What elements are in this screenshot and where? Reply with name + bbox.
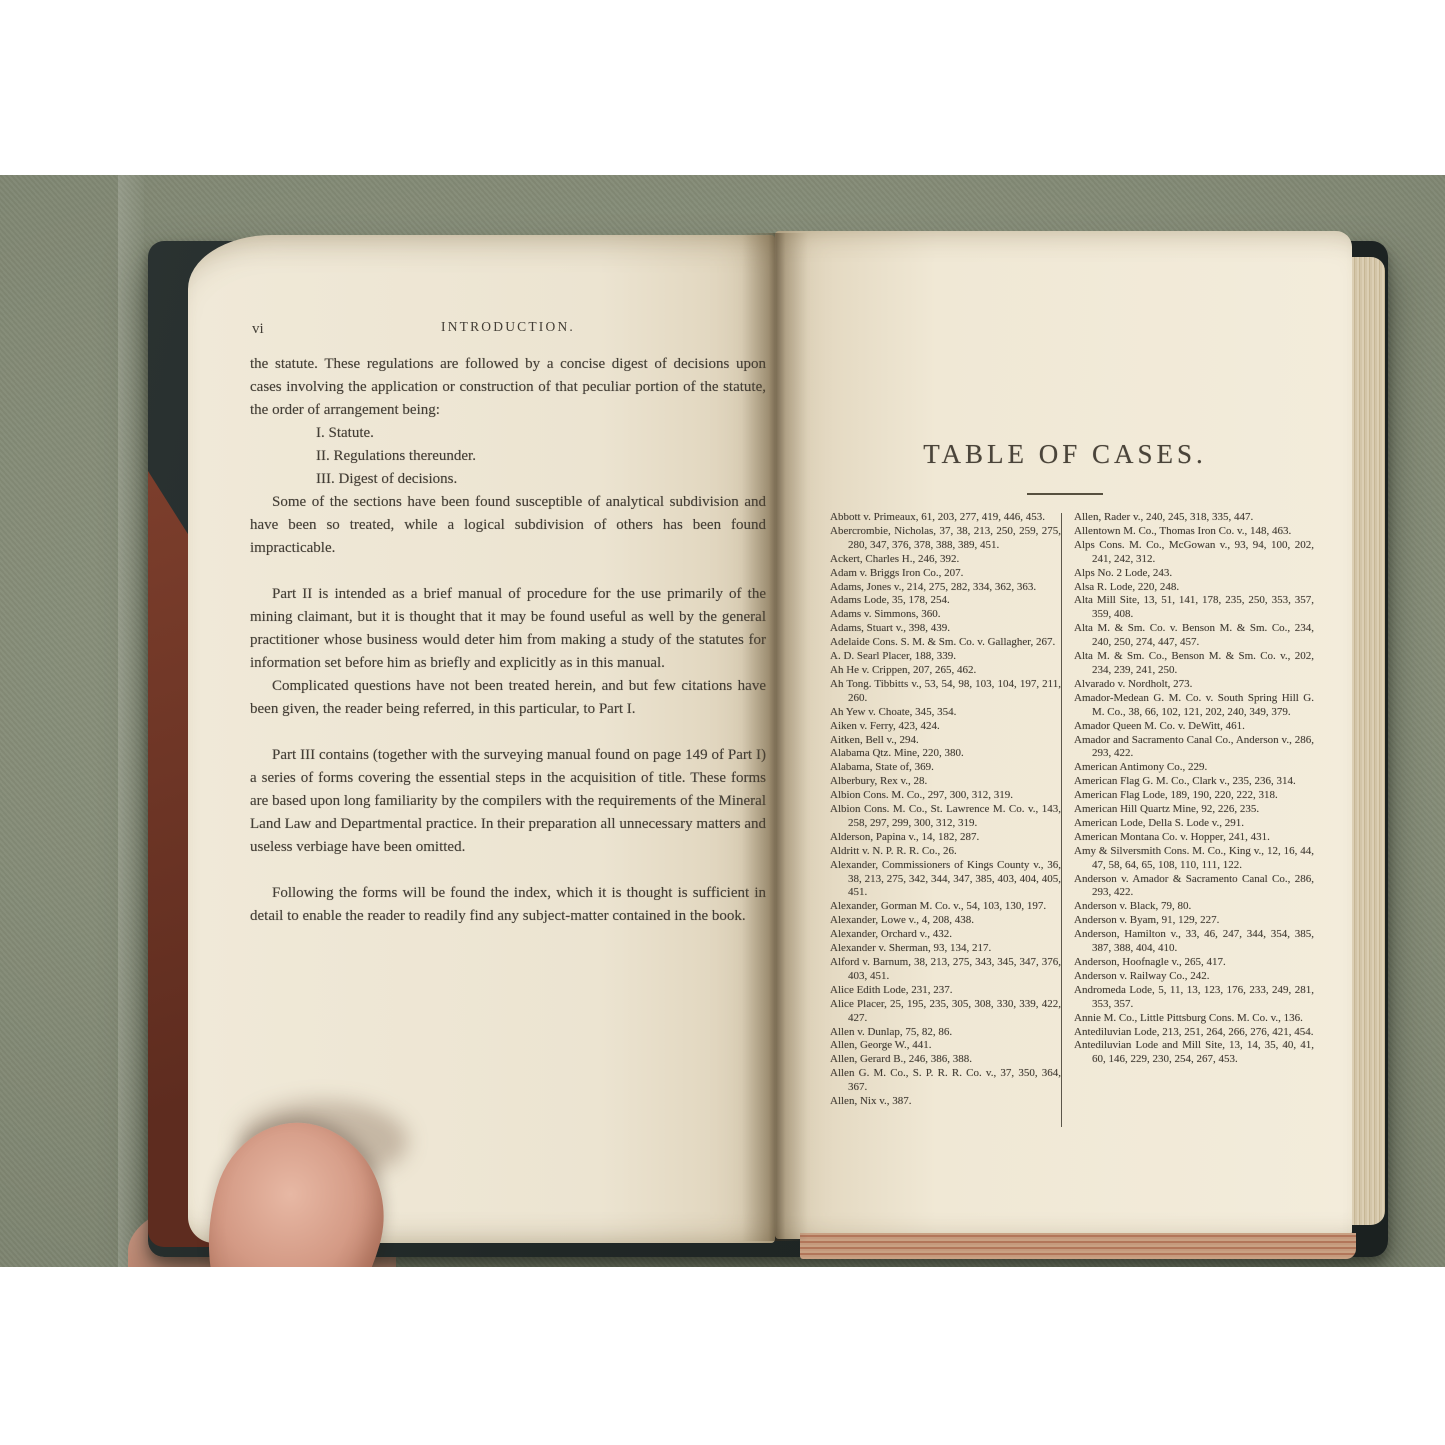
case-entry: Anderson v. Railway Co., 242. xyxy=(1074,970,1314,984)
intro-paragraph: Following the forms will be found the in… xyxy=(250,882,766,928)
roman-list-item: I. Statute. xyxy=(250,422,766,445)
left-page: vi INTRODUCTION. the statute. These regu… xyxy=(188,235,775,1243)
case-entry: Allen, Rader v., 240, 245, 318, 335, 447… xyxy=(1074,511,1314,525)
fabric-selvage xyxy=(118,175,144,1267)
case-entry: Annie M. Co., Little Pittsburg Cons. M. … xyxy=(1074,1012,1314,1026)
case-entry: Anderson v. Amador & Sacramento Canal Co… xyxy=(1074,873,1314,901)
case-entry: Amador Queen M. Co. v. DeWitt, 461. xyxy=(1074,720,1314,734)
case-entry: Allen G. M. Co., S. P. R. R. Co. v., 37,… xyxy=(830,1067,1061,1095)
case-entry: Adam v. Briggs Iron Co., 207. xyxy=(830,567,1061,581)
case-entry: Ackert, Charles H., 246, 392. xyxy=(830,553,1061,567)
intro-paragraph: Part II is intended as a brief manual of… xyxy=(250,583,766,675)
case-entry: Amador and Sacramento Canal Co., Anderso… xyxy=(1074,734,1314,762)
case-entry: American Hill Quartz Mine, 92, 226, 235. xyxy=(1074,803,1314,817)
page-bottom-edge xyxy=(800,1233,1356,1259)
case-entry: American Montana Co. v. Hopper, 241, 431… xyxy=(1074,831,1314,845)
case-entry: A. D. Searl Placer, 188, 339. xyxy=(830,650,1061,664)
case-entry: Amador-Medean G. M. Co. v. South Spring … xyxy=(1074,692,1314,720)
case-entry: Alberbury, Rex v., 28. xyxy=(830,775,1061,789)
gutter-shadow xyxy=(742,233,808,1241)
case-entry: Alta Mill Site, 13, 51, 141, 178, 235, 2… xyxy=(1074,594,1314,622)
case-entry: Alexander, Commissioners of Kings County… xyxy=(830,859,1061,901)
case-entry: Ah Tong. Tibbitts v., 53, 54, 98, 103, 1… xyxy=(830,678,1061,706)
case-entry: Albion Cons. M. Co., St. Lawrence M. Co.… xyxy=(830,803,1061,831)
case-entry: Alford v. Barnum, 38, 213, 275, 343, 345… xyxy=(830,956,1061,984)
introduction-text: the statute. These regulations are follo… xyxy=(250,353,766,928)
table-of-cases-title: TABLE OF CASES. xyxy=(815,439,1315,470)
case-entry: Alps Cons. M. Co., McGowan v., 93, 94, 1… xyxy=(1074,539,1314,567)
case-entry: Abbott v. Primeaux, 61, 203, 277, 419, 4… xyxy=(830,511,1061,525)
book-photo: vi INTRODUCTION. the statute. These regu… xyxy=(0,175,1445,1267)
running-head: INTRODUCTION. xyxy=(250,319,766,335)
case-entry: American Antimony Co., 229. xyxy=(1074,761,1314,775)
case-entry: Alsa R. Lode, 220, 248. xyxy=(1074,581,1314,595)
case-entry: American Flag G. M. Co., Clark v., 235, … xyxy=(1074,775,1314,789)
case-entry: American Lode, Della S. Lode v., 291. xyxy=(1074,817,1314,831)
case-entry: Allen, Nix v., 387. xyxy=(830,1095,1061,1109)
case-entry: Alvarado v. Nordholt, 273. xyxy=(1074,678,1314,692)
case-entry: Anderson, Hamilton v., 33, 46, 247, 344,… xyxy=(1074,928,1314,956)
roman-list-item: III. Digest of decisions. xyxy=(250,468,766,491)
case-entry: Alta M. & Sm. Co. v. Benson M. & Sm. Co.… xyxy=(1074,622,1314,650)
case-entry: Alice Edith Lode, 231, 237. xyxy=(830,984,1061,998)
case-column-2: Allen, Rader v., 240, 245, 318, 335, 447… xyxy=(1074,511,1314,1067)
case-entry: Adams Lode, 35, 178, 254. xyxy=(830,594,1061,608)
intro-paragraph: Part III contains (together with the sur… xyxy=(250,744,766,859)
case-entry: Allen, George W., 441. xyxy=(830,1039,1061,1053)
case-entry: Antediluvian Lode and Mill Site, 13, 14,… xyxy=(1074,1039,1314,1067)
case-entry: Adelaide Cons. S. M. & Sm. Co. v. Gallag… xyxy=(830,636,1061,650)
case-entry: Alta M. & Sm. Co., Benson M. & Sm. Co. v… xyxy=(1074,650,1314,678)
intro-paragraph: the statute. These regulations are follo… xyxy=(250,353,766,422)
case-entry: Alps No. 2 Lode, 243. xyxy=(1074,567,1314,581)
case-entry: Albion Cons. M. Co., 297, 300, 312, 319. xyxy=(830,789,1061,803)
case-entry: Alexander, Orchard v., 432. xyxy=(830,928,1061,942)
case-entry: American Flag Lode, 189, 190, 220, 222, … xyxy=(1074,789,1314,803)
case-entry: Ah Yew v. Choate, 345, 354. xyxy=(830,706,1061,720)
case-entry: Allen, Gerard B., 246, 386, 388. xyxy=(830,1053,1061,1067)
case-entry: Adams, Jones v., 214, 275, 282, 334, 362… xyxy=(830,581,1061,595)
case-entry: Alderson, Papina v., 14, 182, 287. xyxy=(830,831,1061,845)
case-entry: Anderson v. Byam, 91, 129, 227. xyxy=(1074,914,1314,928)
title-rule xyxy=(1027,493,1103,495)
roman-list-item: II. Regulations thereunder. xyxy=(250,445,766,468)
case-entry: Aldritt v. N. P. R. R. Co., 26. xyxy=(830,845,1061,859)
case-entry: Alexander, Gorman M. Co. v., 54, 103, 13… xyxy=(830,900,1061,914)
case-entry: Anderson, Hoofnagle v., 265, 417. xyxy=(1074,956,1314,970)
intro-paragraph: Some of the sections have been found sus… xyxy=(250,491,766,560)
case-entry: Adams, Stuart v., 398, 439. xyxy=(830,622,1061,636)
intro-paragraph: Complicated questions have not been trea… xyxy=(250,675,766,721)
case-entry: Allen v. Dunlap, 75, 82, 86. xyxy=(830,1026,1061,1040)
column-divider xyxy=(1061,513,1062,1127)
case-entry: Anderson v. Black, 79, 80. xyxy=(1074,900,1314,914)
case-entry: Amy & Silversmith Cons. M. Co., King v.,… xyxy=(1074,845,1314,873)
roman-list: I. Statute.II. Regulations thereunder.II… xyxy=(250,422,766,491)
case-entry: Abercrombie, Nicholas, 37, 38, 213, 250,… xyxy=(830,525,1061,553)
case-entry: Allentown M. Co., Thomas Iron Co. v., 14… xyxy=(1074,525,1314,539)
case-entry: Ah He v. Crippen, 207, 265, 462. xyxy=(830,664,1061,678)
case-entry: Alabama Qtz. Mine, 220, 380. xyxy=(830,747,1061,761)
case-entry: Aiken v. Ferry, 423, 424. xyxy=(830,720,1061,734)
right-page: TABLE OF CASES. Abbott v. Primeaux, 61, … xyxy=(775,231,1352,1239)
case-entry: Alice Placer, 25, 195, 235, 305, 308, 33… xyxy=(830,998,1061,1026)
case-entry: Antediluvian Lode, 213, 251, 264, 266, 2… xyxy=(1074,1026,1314,1040)
page-fore-edge xyxy=(1352,257,1385,1225)
case-entry: Aitken, Bell v., 294. xyxy=(830,734,1061,748)
case-entry: Alabama, State of, 369. xyxy=(830,761,1061,775)
case-entry: Andromeda Lode, 5, 11, 13, 123, 176, 233… xyxy=(1074,984,1314,1012)
case-entry: Alexander, Lowe v., 4, 208, 438. xyxy=(830,914,1061,928)
case-entry: Alexander v. Sherman, 93, 134, 217. xyxy=(830,942,1061,956)
case-entry: Adams v. Simmons, 360. xyxy=(830,608,1061,622)
case-column-1: Abbott v. Primeaux, 61, 203, 277, 419, 4… xyxy=(830,511,1061,1109)
